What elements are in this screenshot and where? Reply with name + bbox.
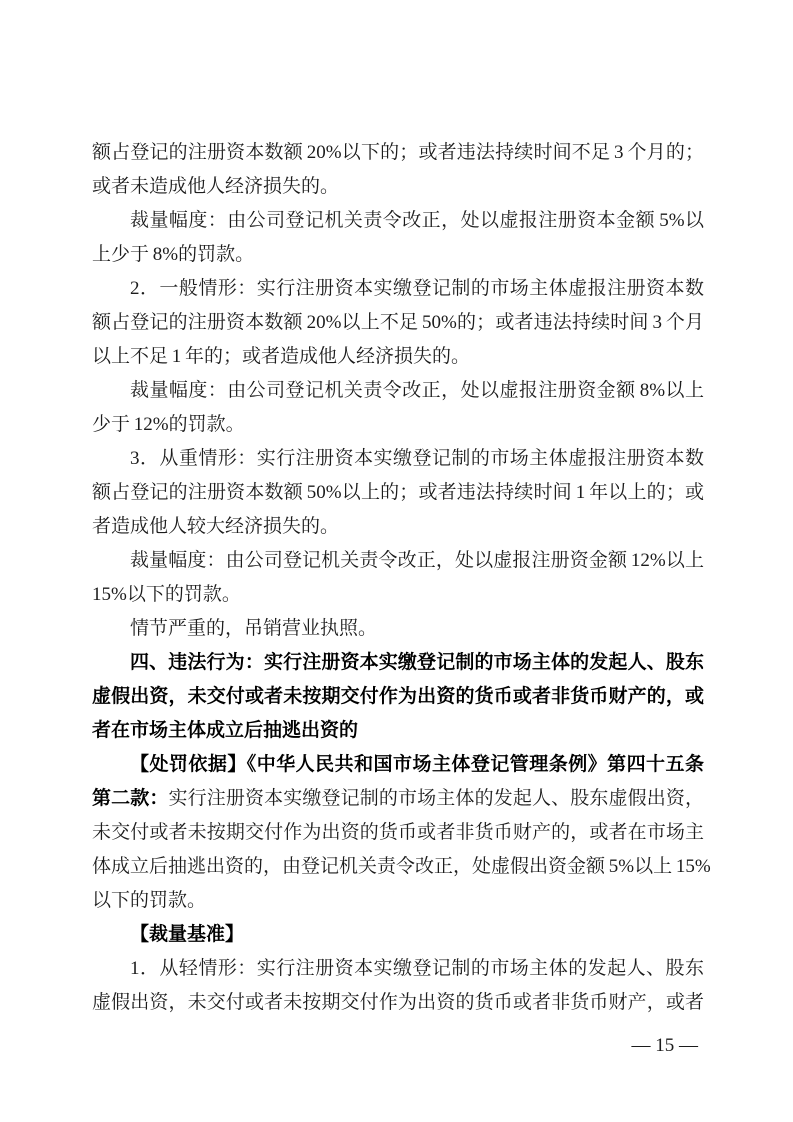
discretion-range-severe-line: 15%以下的罚款。 [92, 578, 704, 612]
violation-four-heading-line: 虚假出资，未交付或者未按期交付作为出资的货币或者非货币财产的，或 [92, 680, 704, 714]
discretion-range-severe-line: 裁量幅度：由公司登记机关责令改正，处以虚报注册资金额 12%以上 [92, 544, 704, 578]
penalty-basis-body-line: 未交付或者未按期交付作为出资的货币或者非货币财产的，或者在市场主 [92, 816, 704, 850]
page-body-text: 额占登记的注册资本数额 20%以下的；或者违法持续时间不足 3 个月的； 或者未… [92, 136, 704, 1020]
penalty-basis-body-line: 以下的罚款。 [92, 884, 704, 918]
penalty-basis-text: 实行注册资本实缴登记制的市场主体的发起人、股东虚假出资， [169, 788, 704, 809]
general-case-line: 2．一般情形：实行注册资本实缴登记制的市场主体虚报注册资本数 [92, 272, 704, 306]
discretion-range-light-line: 上少于 8%的罚款。 [92, 238, 704, 272]
penalty-basis-body-line: 第二款：实行注册资本实缴登记制的市场主体的发起人、股东虚假出资， [92, 782, 704, 816]
discretion-benchmark-heading: 【裁量基准】 [92, 918, 704, 952]
discretion-range-general-line: 裁量幅度：由公司登记机关责令改正，处以虚报注册资金额 8%以上 [92, 374, 704, 408]
violation-four-heading-line: 四、违法行为：实行注册资本实缴登记制的市场主体的发起人、股东 [92, 646, 704, 680]
body-text-line: 或者未造成他人经济损失的。 [92, 170, 704, 204]
clause-two-label: 第二款： [92, 788, 169, 809]
severe-case-line: 者造成他人较大经济损失的。 [92, 510, 704, 544]
discretion-range-light-line: 裁量幅度：由公司登记机关责令改正，处以虚报注册资本金额 5%以 [92, 204, 704, 238]
body-text-line: 额占登记的注册资本数额 20%以下的；或者违法持续时间不足 3 个月的； [92, 136, 704, 170]
general-case-line: 额占登记的注册资本数额 20%以上不足 50%的；或者违法持续时间 3 个月 [92, 306, 704, 340]
penalty-basis-body-line: 体成立后抽逃出资的，由登记机关责令改正，处虚假出资金额 5%以上 15% [92, 850, 704, 884]
light-case-line: 虚假出资，未交付或者未按期交付作为出资的货币或者非货币财产，或者 [92, 986, 704, 1020]
document-page: 额占登记的注册资本数额 20%以下的；或者违法持续时间不足 3 个月的； 或者未… [0, 0, 793, 1122]
penalty-basis-heading-line: 【处罚依据】《中华人民共和国市场主体登记管理条例》第四十五条 [92, 748, 704, 782]
general-case-line: 以上不足 1 年的；或者造成他人经济损失的。 [92, 340, 704, 374]
discretion-range-general-line: 少于 12%的罚款。 [92, 408, 704, 442]
light-case-line: 1．从轻情形：实行注册资本实缴登记制的市场主体的发起人、股东 [92, 952, 704, 986]
page-number: — 15 — [632, 1035, 699, 1057]
severe-case-line: 3．从重情形：实行注册资本实缴登记制的市场主体虚报注册资本数 [92, 442, 704, 476]
revoke-license-line: 情节严重的，吊销营业执照。 [92, 612, 704, 646]
severe-case-line: 额占登记的注册资本数额 50%以上的；或者违法持续时间 1 年以上的；或 [92, 476, 704, 510]
violation-four-heading-line: 者在市场主体成立后抽逃出资的 [92, 714, 704, 748]
